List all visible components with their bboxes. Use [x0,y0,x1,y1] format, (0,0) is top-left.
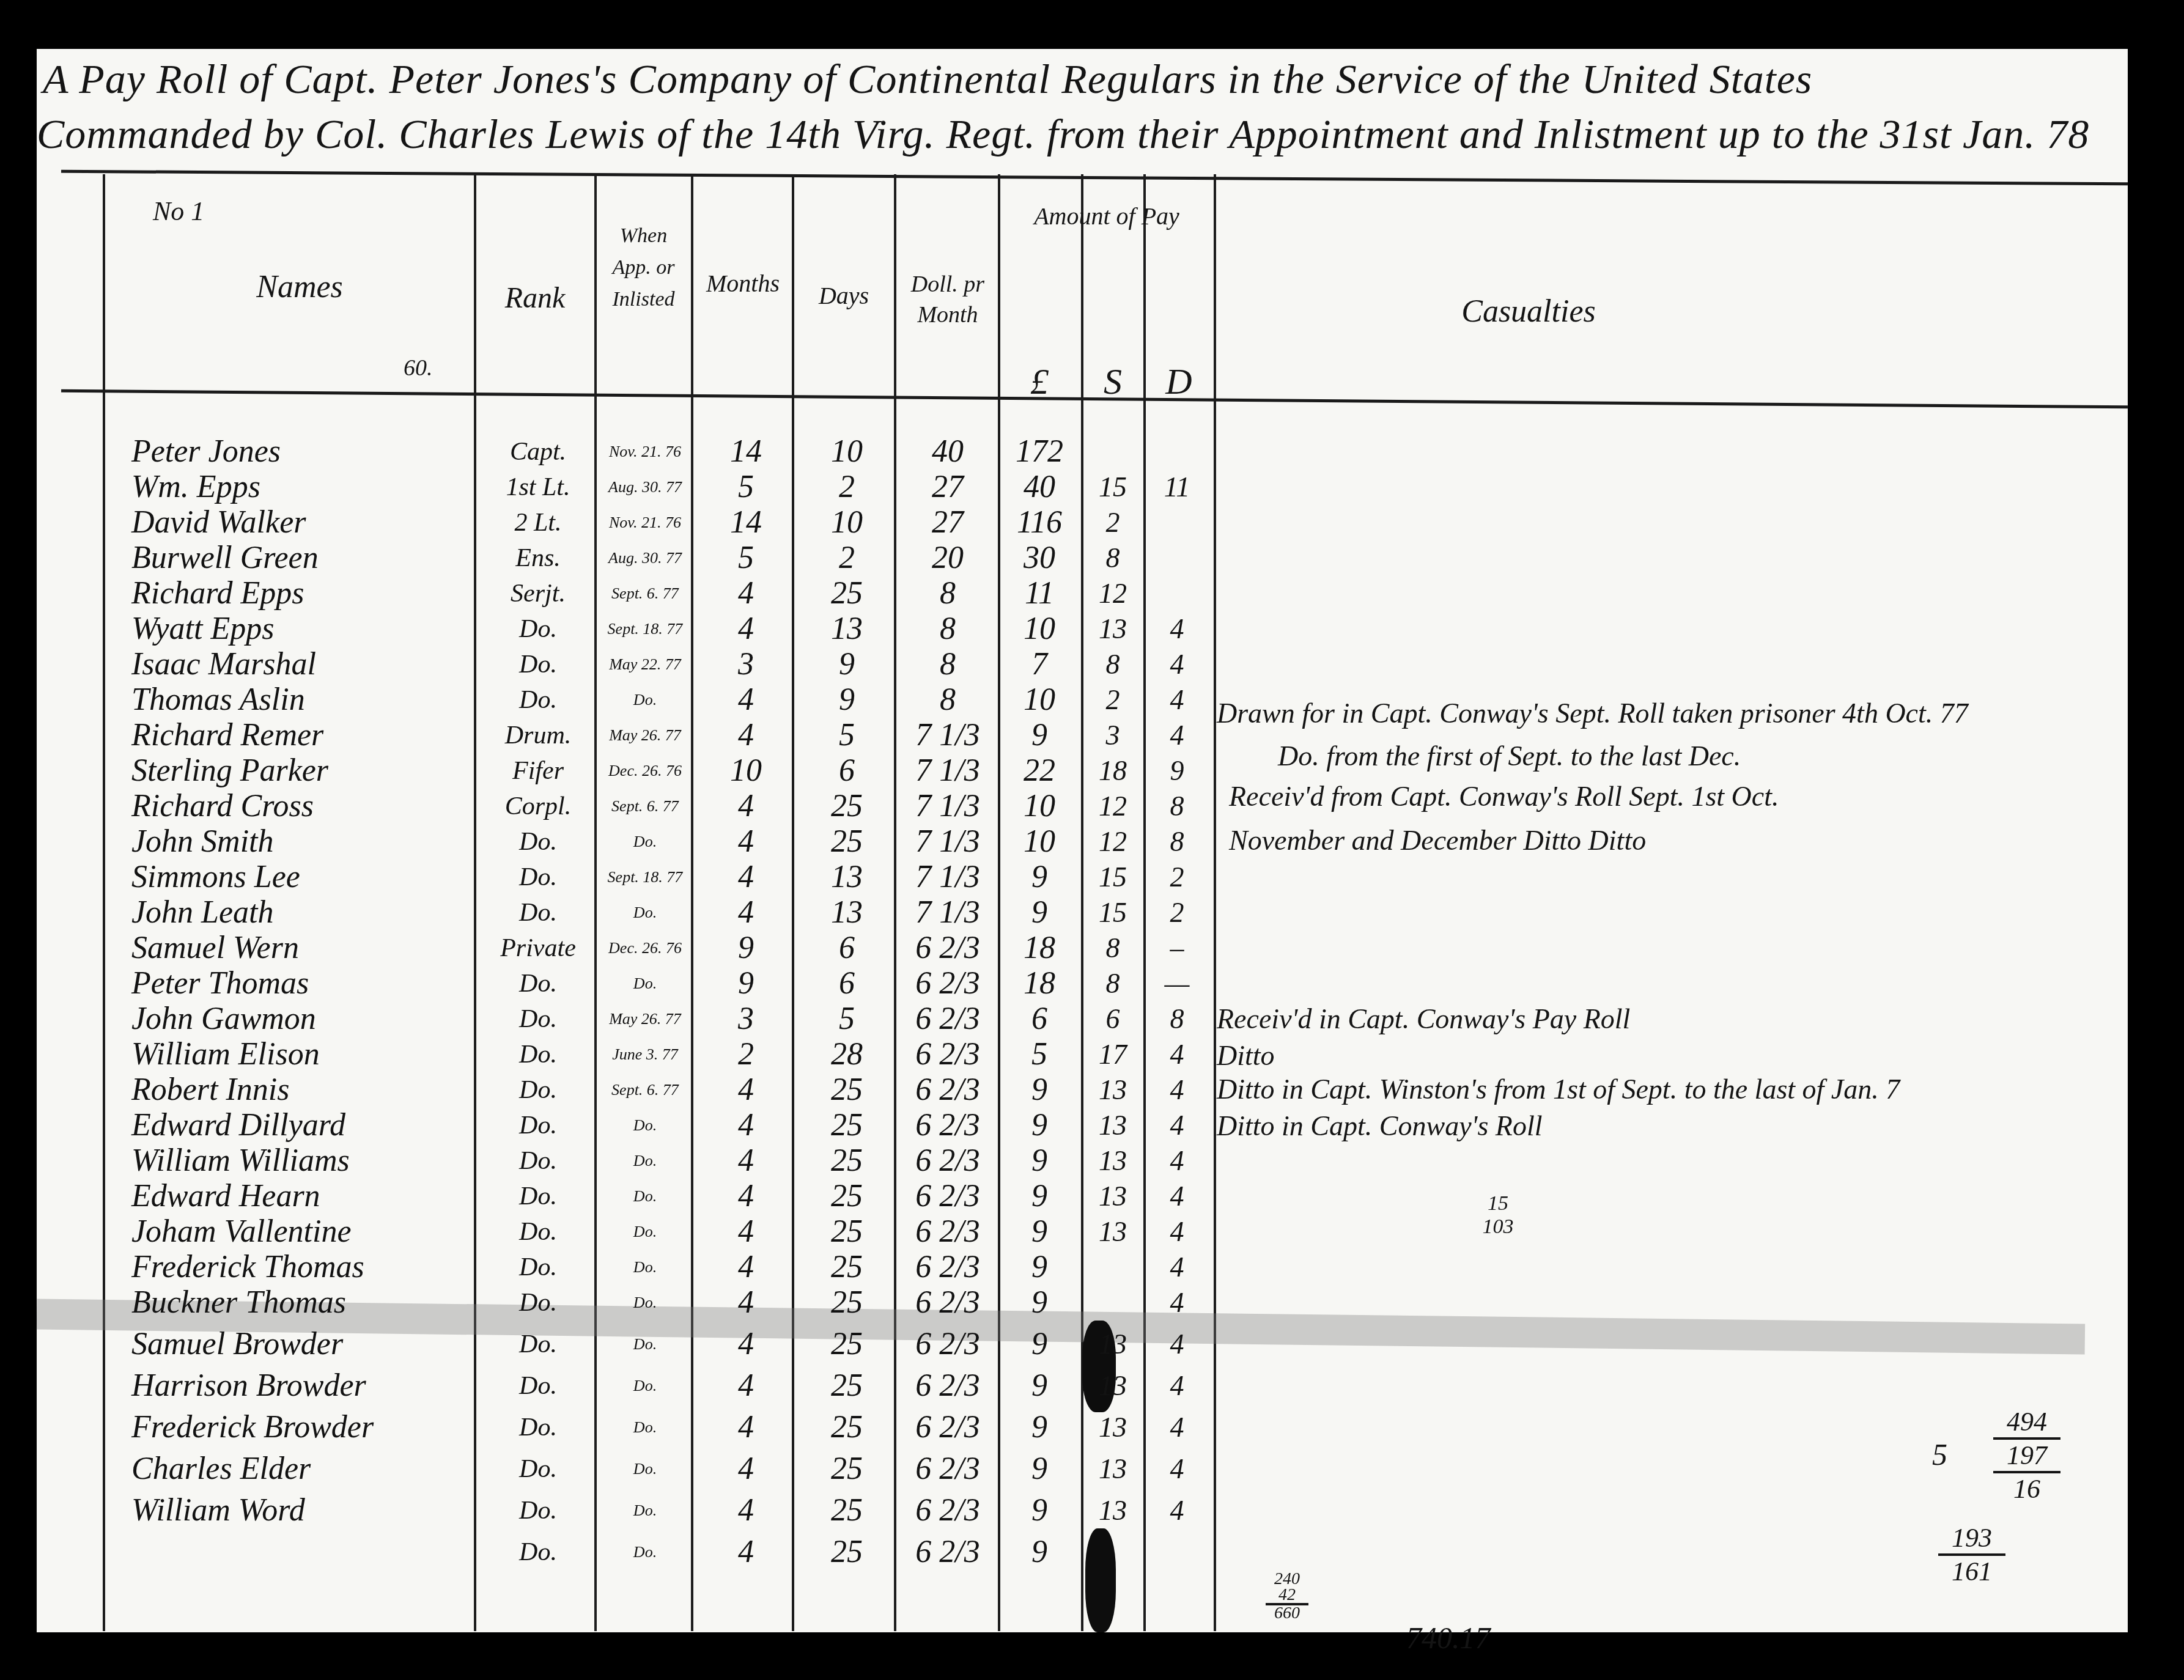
months: 4 [697,576,795,611]
pounds: 9 [1000,1250,1079,1285]
enlist-date: June 3. 77 [599,1037,691,1072]
pence: 4 [1146,1108,1208,1143]
table-row: Frederick ThomasDo.Do.4256 2/394 [0,1250,2184,1285]
rank: Do. [486,1285,590,1321]
rank: Do. [486,1179,590,1214]
days: 25 [798,1493,896,1528]
shillings: 13 [1082,1327,1143,1362]
header-pounds: £ [1003,361,1076,403]
table-row: Buckner ThomasDo.Do.4256 2/394 [0,1285,2184,1321]
enlist-date: Aug. 30. 77 [599,540,691,576]
enlist-date: Sept. 18. 77 [599,611,691,647]
dollars-per-month: 6 2/3 [899,1534,997,1570]
rank: Drum. [486,718,590,753]
pounds: 9 [1000,1179,1079,1214]
days: 25 [798,576,896,611]
table-row: Richard CrossCorpl.Sept. 6. 774257 1/310… [0,789,2184,824]
soldier-name: Harrison Browder [131,1368,474,1404]
months: 5 [697,540,795,576]
pounds: 10 [1000,824,1079,860]
enlist-date: Nov. 21. 76 [599,505,691,540]
months: 4 [697,1250,795,1285]
pence: 9 [1146,753,1208,789]
table-row: Do.Do.4256 2/39 [0,1534,2184,1570]
soldier-name: John Gawmon [131,1001,474,1037]
months: 5 [697,470,795,505]
months: 9 [697,930,795,966]
pounds: 9 [1000,1368,1079,1404]
document-title-line-1: A Pay Roll of Capt. Peter Jones's Compan… [43,55,1812,103]
marginal-number: No 1 [153,196,204,227]
dollars-per-month: 7 1/3 [899,789,997,824]
enlist-date: Do. [599,1410,691,1445]
shillings: 13 [1082,1451,1143,1487]
rank: Do. [486,1534,590,1570]
enlist-date: May 22. 77 [599,647,691,682]
dollars-per-month: 6 2/3 [899,1451,997,1487]
days: 25 [798,1250,896,1285]
soldier-name: Thomas Aslin [131,682,474,718]
days: 25 [798,1179,896,1214]
shillings: 3 [1082,718,1143,753]
months: 14 [697,505,795,540]
days: 25 [798,1143,896,1179]
pence: 4 [1146,1410,1208,1445]
months: 10 [697,753,795,789]
soldier-name: Joham Vallentine [131,1214,474,1250]
casualty-note: Ditto [1217,1039,1275,1072]
calc-value: 16 [1993,1471,2060,1505]
soldier-name: Frederick Browder [131,1410,474,1445]
soldier-name: Wyatt Epps [131,611,474,647]
pence: 4 [1146,1250,1208,1285]
rank: Do. [486,1250,590,1285]
days: 25 [798,1327,896,1362]
days: 25 [798,1214,896,1250]
months: 4 [697,860,795,895]
table-row: David Walker2 Lt.Nov. 21. 761410271162 [0,505,2184,540]
table-row: Harrison BrowderDo.Do.4256 2/39134 [0,1368,2184,1404]
dollars-per-month: 6 2/3 [899,1108,997,1143]
enlist-date: Do. [599,895,691,930]
shillings: 2 [1082,682,1143,718]
soldier-name: John Leath [131,895,474,930]
casualty-note: Ditto in Capt. Conway's Roll [1217,1110,1542,1142]
rank: Do. [486,1493,590,1528]
rank: Fifer [486,753,590,789]
days: 25 [798,1534,896,1570]
pence: 4 [1146,1214,1208,1250]
days: 6 [798,966,896,1001]
pence: 4 [1146,1493,1208,1528]
pounds: 9 [1000,1214,1079,1250]
rank: Do. [486,860,590,895]
soldier-name: Edward Hearn [131,1179,474,1214]
pence: 4 [1146,1327,1208,1362]
calc-value: 197 [1993,1437,2060,1471]
pounds: 9 [1000,1143,1079,1179]
days: 25 [798,1368,896,1404]
soldier-name: Isaac Marshal [131,647,474,682]
days: 9 [798,647,896,682]
shillings: 13 [1082,1143,1143,1179]
pounds: 18 [1000,930,1079,966]
calc-value: 161 [1938,1553,2005,1587]
rank: Do. [486,895,590,930]
header-months: Months [694,269,792,298]
shillings: 13 [1082,1179,1143,1214]
dollars-per-month: 6 2/3 [899,930,997,966]
soldier-name: Samuel Browder [131,1327,474,1362]
enlist-date: Do. [599,1143,691,1179]
table-row: John GawmonDo.May 26. 77356 2/3668 [0,1001,2184,1037]
months: 4 [697,1493,795,1528]
soldier-name: Robert Innis [131,1072,474,1108]
pounds: 9 [1000,1534,1079,1570]
header-shillings: S [1085,361,1140,403]
rank: Corpl. [486,789,590,824]
table-row: Peter ThomasDo.Do.966 2/3188— [0,966,2184,1001]
enlist-date: Do. [599,824,691,860]
enlist-date: May 26. 77 [599,718,691,753]
shillings: 12 [1082,576,1143,611]
dollars-per-month: 7 1/3 [899,860,997,895]
pence: 8 [1146,789,1208,824]
side-calculation-b-left: 5 [1932,1437,1947,1472]
pence: 11 [1146,470,1208,505]
dollars-per-month: 6 2/3 [899,1037,997,1072]
header-names: Names [171,269,428,305]
days: 10 [798,434,896,470]
calc-value: 15 [1474,1192,1522,1215]
pounds: 9 [1000,1493,1079,1528]
partial-total: 740.17 [1406,1620,1491,1656]
shillings: 6 [1082,1001,1143,1037]
rank: Do. [486,1214,590,1250]
months: 4 [697,1072,795,1108]
header-pence: D [1148,361,1209,403]
shillings: 8 [1082,966,1143,1001]
rank: 2 Lt. [486,505,590,540]
soldier-name: Richard Remer [131,718,474,753]
enlist-date: Sept. 18. 77 [599,860,691,895]
pence: 2 [1146,895,1208,930]
enlist-date: Do. [599,1108,691,1143]
dollars-per-month: 40 [899,434,997,470]
days: 9 [798,682,896,718]
casualty-note: Do. from the first of Sept. to the last … [1278,740,1741,772]
header-casualties: Casualties [1406,293,1651,330]
enlist-date: Dec. 26. 76 [599,930,691,966]
rank: Do. [486,1037,590,1072]
casualty-note: Receiv'd in Capt. Conway's Pay Roll [1217,1003,1630,1035]
dollars-per-month: 6 2/3 [899,966,997,1001]
enlist-date: May 26. 77 [599,1001,691,1037]
soldier-name: Peter Thomas [131,966,474,1001]
pence: 4 [1146,1072,1208,1108]
soldier-name: William Williams [131,1143,474,1179]
shillings: 13 [1082,1493,1143,1528]
shillings: 15 [1082,895,1143,930]
header-amount-of-pay: Amount of Pay [1003,202,1211,230]
enlist-date: Do. [599,966,691,1001]
rank: Do. [486,682,590,718]
days: 2 [798,470,896,505]
table-row: William WilliamsDo.Do.4256 2/39134 [0,1143,2184,1179]
enlist-date: Do. [599,1368,691,1404]
table-row: Samuel WernPrivateDec. 26. 76966 2/3188– [0,930,2184,966]
months: 4 [697,1179,795,1214]
dollars-per-month: 27 [899,505,997,540]
enlist-date: Do. [599,1493,691,1528]
enlist-date: Nov. 21. 76 [599,434,691,470]
header-when-appointed: When App. or Inlisted [599,220,688,315]
pounds: 11 [1000,576,1079,611]
pence: 4 [1146,1179,1208,1214]
shillings: 13 [1082,1368,1143,1404]
months: 4 [697,1327,795,1362]
soldier-name: Richard Cross [131,789,474,824]
shillings: 13 [1082,1410,1143,1445]
dollars-per-month: 7 1/3 [899,895,997,930]
pence: – [1146,930,1208,966]
days: 6 [798,930,896,966]
days: 5 [798,1001,896,1037]
soldier-name: William Elison [131,1037,474,1072]
header-dollars-per-month: Doll. pr Month [899,269,997,330]
pounds: 22 [1000,753,1079,789]
header-days: Days [795,281,893,310]
pounds: 10 [1000,682,1079,718]
rank: Private [486,930,590,966]
shillings: 17 [1082,1037,1143,1072]
rank: Do. [486,1451,590,1487]
calc-value: 42 [1266,1587,1308,1603]
pence: 8 [1146,824,1208,860]
pence: 4 [1146,611,1208,647]
days: 25 [798,1108,896,1143]
soldier-name: Samuel Wern [131,930,474,966]
dollars-per-month: 6 2/3 [899,1250,997,1285]
pounds: 9 [1000,860,1079,895]
pounds: 9 [1000,1410,1079,1445]
soldier-name: Edward Dillyard [131,1108,474,1143]
enlist-date: Aug. 30. 77 [599,470,691,505]
pounds: 9 [1000,1285,1079,1321]
pounds: 10 [1000,611,1079,647]
dollars-per-month: 7 1/3 [899,718,997,753]
table-row: John SmithDo.Do.4257 1/310128 [0,824,2184,860]
shillings: 13 [1082,611,1143,647]
days: 25 [798,1285,896,1321]
rank: Do. [486,1001,590,1037]
months: 2 [697,1037,795,1072]
dollars-per-month: 20 [899,540,997,576]
shillings: 8 [1082,540,1143,576]
table-row: Wm. Epps1st Lt.Aug. 30. 775227401511 [0,470,2184,505]
shillings: 8 [1082,930,1143,966]
days: 25 [798,789,896,824]
pence: 4 [1146,718,1208,753]
pounds: 18 [1000,966,1079,1001]
months: 4 [697,1368,795,1404]
table-row: Wyatt EppsDo.Sept. 18. 77413810134 [0,611,2184,647]
months: 4 [697,611,795,647]
pence: 4 [1146,682,1208,718]
pounds: 9 [1000,1327,1079,1362]
pounds: 40 [1000,470,1079,505]
side-calculation-b: 494 197 16 [1993,1406,2060,1505]
months: 4 [697,1214,795,1250]
calc-value: 494 [1993,1406,2060,1437]
table-row: William ElisonDo.June 3. 772286 2/35174 [0,1037,2184,1072]
days: 25 [798,1451,896,1487]
table-row: Joham VallentineDo.Do.4256 2/39134 [0,1214,2184,1250]
shillings: 15 [1082,860,1143,895]
pounds: 7 [1000,647,1079,682]
shillings: 18 [1082,753,1143,789]
pence: 8 [1146,1001,1208,1037]
rank: 1st Lt. [486,470,590,505]
shillings: 13 [1082,1108,1143,1143]
dollars-per-month: 7 1/3 [899,824,997,860]
marginal-count: 60. [404,355,433,381]
pence: 4 [1146,647,1208,682]
calc-value: 660 [1266,1603,1308,1621]
rank: Do. [486,1072,590,1108]
soldier-name: Charles Elder [131,1451,474,1487]
table-row: Isaac MarshalDo.May 22. 77398784 [0,647,2184,682]
pounds: 9 [1000,1072,1079,1108]
dollars-per-month: 6 2/3 [899,1410,997,1445]
days: 2 [798,540,896,576]
table-row: Charles ElderDo.Do.4256 2/39134 [0,1451,2184,1487]
enlist-date: Sept. 6. 77 [599,789,691,824]
shillings: 8 [1082,647,1143,682]
side-calculation-c: 193 161 [1938,1522,2005,1587]
enlist-date: Sept. 6. 77 [599,576,691,611]
rank: Serjt. [486,576,590,611]
enlist-date: Do. [599,1285,691,1321]
soldier-name: Wm. Epps [131,470,474,505]
shillings: 15 [1082,470,1143,505]
side-calculation-d: 240 42 660 [1266,1571,1308,1621]
pounds: 9 [1000,1451,1079,1487]
months: 4 [697,1410,795,1445]
dollars-per-month: 6 2/3 [899,1368,997,1404]
table-row: Samuel BrowderDo.Do.4256 2/39134 [0,1327,2184,1362]
days: 13 [798,860,896,895]
enlist-date: Do. [599,1451,691,1487]
side-calculation-a: 15 103 [1474,1192,1522,1239]
table-row: Edward HearnDo.Do.4256 2/39134 [0,1179,2184,1214]
dollars-per-month: 8 [899,611,997,647]
rank: Do. [486,647,590,682]
dollars-per-month: 7 1/3 [899,753,997,789]
soldier-name: Simmons Lee [131,860,474,895]
dollars-per-month: 6 2/3 [899,1285,997,1321]
pence: 4 [1146,1143,1208,1179]
pounds: 5 [1000,1037,1079,1072]
casualty-note: Receiv'd from Capt. Conway's Roll Sept. … [1229,780,1779,812]
rank: Do. [486,1327,590,1362]
table-row: William WordDo.Do.4256 2/39134 [0,1493,2184,1528]
soldier-name: Peter Jones [131,434,474,470]
casualty-note: Drawn for in Capt. Conway's Sept. Roll t… [1217,697,1968,729]
months: 4 [697,1143,795,1179]
months: 14 [697,434,795,470]
enlist-date: Do. [599,1179,691,1214]
enlist-date: Sept. 6. 77 [599,1072,691,1108]
rank: Do. [486,966,590,1001]
dollars-per-month: 8 [899,647,997,682]
days: 6 [798,753,896,789]
document-title-line-2: Commanded by Col. Charles Lewis of the 1… [37,110,2089,158]
enlist-date: Do. [599,1534,691,1570]
soldier-name: Buckner Thomas [131,1285,474,1321]
calc-value: 103 [1474,1215,1522,1239]
dollars-per-month: 6 2/3 [899,1143,997,1179]
pence: 4 [1146,1451,1208,1487]
table-row: Frederick BrowderDo.Do.4256 2/39134 [0,1410,2184,1445]
rank: Do. [486,611,590,647]
header-rank: Rank [477,281,593,315]
days: 25 [798,824,896,860]
table-row: John LeathDo.Do.4137 1/39152 [0,895,2184,930]
months: 4 [697,1285,795,1321]
dollars-per-month: 6 2/3 [899,1179,997,1214]
enlist-date: Do. [599,1327,691,1362]
dollars-per-month: 27 [899,470,997,505]
soldier-name: Richard Epps [131,576,474,611]
table-row: Richard EppsSerjt.Sept. 6. 7742581112 [0,576,2184,611]
days: 5 [798,718,896,753]
casualty-note: Ditto in Capt. Winston's from 1st of Sep… [1217,1073,1900,1105]
dollars-per-month: 8 [899,682,997,718]
rank: Capt. [486,434,590,470]
pounds: 116 [1000,505,1079,540]
table-row: Burwell GreenEns.Aug. 30. 775220308 [0,540,2184,576]
casualty-note: November and December Ditto Ditto [1229,824,1646,857]
pounds: 172 [1000,434,1079,470]
table-row: Sterling ParkerFiferDec. 26. 761067 1/32… [0,753,2184,789]
months: 4 [697,824,795,860]
table-row: Simmons LeeDo.Sept. 18. 774137 1/39152 [0,860,2184,895]
months: 4 [697,1108,795,1143]
days: 10 [798,505,896,540]
months: 4 [697,789,795,824]
months: 4 [697,1534,795,1570]
soldier-name: Sterling Parker [131,753,474,789]
days: 25 [798,1072,896,1108]
soldier-name: Burwell Green [131,540,474,576]
shillings: 13 [1082,1072,1143,1108]
pence: 4 [1146,1037,1208,1072]
enlist-date: Do. [599,682,691,718]
soldier-name: Frederick Thomas [131,1250,474,1285]
pounds: 30 [1000,540,1079,576]
soldier-name: John Smith [131,824,474,860]
pounds: 9 [1000,1108,1079,1143]
pounds: 9 [1000,718,1079,753]
days: 25 [798,1410,896,1445]
shillings: 2 [1082,505,1143,540]
pence: 4 [1146,1285,1208,1321]
pounds: 10 [1000,789,1079,824]
months: 4 [697,718,795,753]
months: 3 [697,647,795,682]
dollars-per-month: 6 2/3 [899,1493,997,1528]
